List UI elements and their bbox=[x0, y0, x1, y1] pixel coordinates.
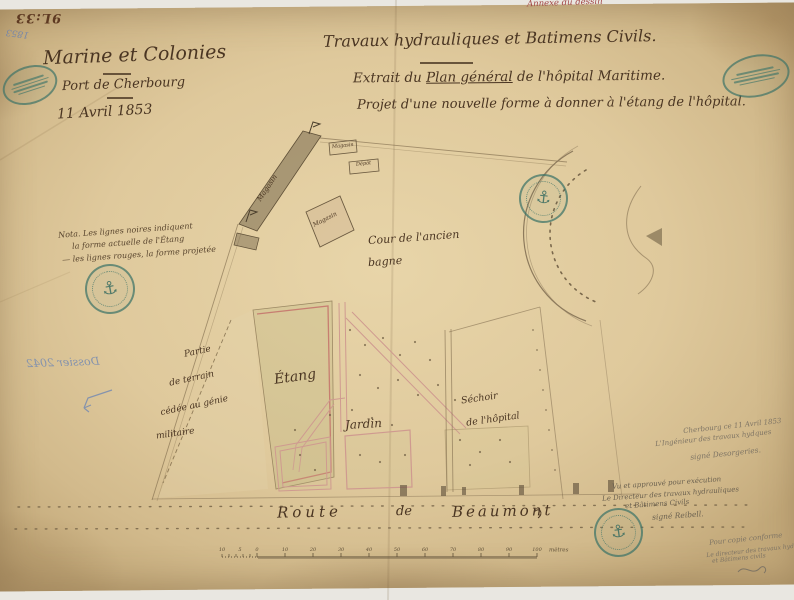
title-underline bbox=[420, 62, 473, 64]
scanned-plan-page: 10 5 0 10 20 30 40 50 60 70 80 90 100 mè… bbox=[0, 0, 794, 600]
header-divider bbox=[107, 97, 133, 99]
stamp-ring bbox=[89, 268, 131, 310]
header-divider bbox=[103, 73, 131, 75]
stamp-ring bbox=[599, 513, 639, 553]
stamp-ring bbox=[524, 179, 562, 217]
